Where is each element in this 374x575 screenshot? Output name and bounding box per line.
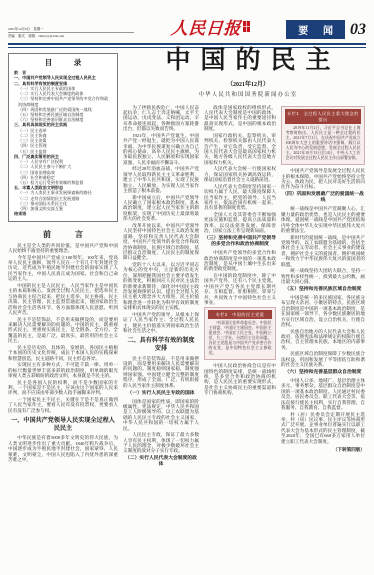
subsection-5-heading: （五）坚持和完善民族区域自治制度: [281, 287, 365, 293]
subsection-1-heading: （一）实行人民民主专政的国体: [123, 391, 199, 397]
column-4: 专栏1 全过程人民民主重大理念的提出 2019年11月2日，习近平总书记在上海考…: [281, 105, 365, 453]
body-paragraph: 中国共产党的领导，从根本上保证了人民当家作主；全过程人民民主，使民主价值落实到国…: [123, 312, 199, 334]
body-paragraph: 中国共产党领导是发展全过程人民民主的根本保障。中国共产党始终坚持立党为公、执政为…: [281, 168, 365, 190]
toc-box: 目 录 前 言 一、中国共产党领导人民实现全过程人民民主 二、具有科学有效的制度…: [8, 53, 118, 222]
toc-item: （三）坚持和完善中国共产党领导的多党合作和政治协商制度: [14, 96, 112, 106]
date-block: 2021年12月6日 星期一 责编 版式 邮箱：rmrbyw@126.com: [8, 27, 134, 39]
section-2-heading: 二、具有科学有效的制度安排: [125, 337, 197, 352]
article-date: （2021年12月）: [128, 79, 368, 88]
body-paragraph: 1921年，中国共产党诞生。中国共产党一经诞生，就把为中国人民谋幸福、为中华民族…: [123, 133, 199, 165]
section-label: 要 闻: [286, 20, 345, 39]
body-paragraph: 人民民主专政，保证了最大多数人享有民主权利，体现了一切权力属于人民的理念，对极少…: [123, 432, 199, 454]
body-paragraph: 民主是各国人民的权利，而不是少数国家的专利。一个国家是不是民主，应该由这个国家的…: [8, 380, 118, 396]
sidebar-box-2-body: 中国国民党革命委员会、中国民主同盟、中国民主建国会、中国民主促进会、中国农工民主…: [205, 321, 275, 359]
body-paragraph: 中国的民主是人民民主，人民当家作主是中国民主的本质和核心。发展全过程人民民主，把…: [8, 283, 118, 315]
body-paragraph: 今年是中国共产党成立100周年。100年来，党高举人民民主旗帜，领导人民在一个有…: [8, 255, 118, 282]
toc-title: 目 录: [14, 57, 112, 68]
masthead: 人民日报: [171, 14, 250, 39]
page-header: 2021年12月6日 星期一 责编 版式 邮箱：rmrbyw@126.com 人…: [0, 0, 374, 41]
body-paragraph: 人民代表大会制度坚持国家一切权力属于人民，最大限度保障人民当家作主，把党的领导、…: [204, 184, 276, 211]
sidebar-box-2-title: 专栏2 中国的民主党派: [208, 310, 272, 319]
body-paragraph: 中华民族是有着5000多年文明史的伟大民族，为人类文明进步作出了重大贡献。184…: [8, 435, 118, 462]
body-paragraph: 统一战线坚持大团结大联合，坚持一致性和多样性统一，找到最大公约数，画出最大同心圆…: [281, 268, 365, 284]
body-paragraph: 党的十八大以来，以习近平同志为核心的党中央，立足新的历史方位，深刻把握我国社会主…: [123, 262, 199, 311]
toc-item: 结束语: [14, 211, 112, 216]
newspaper-page: 2021年12月6日 星期一 责编 版式 邮箱：rmrbyw@126.com 人…: [0, 0, 374, 575]
body-paragraph: 统一战线是中国共产党凝聚人心、汇聚力量的政治优势，也是人民民主的重要体现。爱国统…: [281, 206, 365, 233]
body-paragraph: 中国人民政治协商会议是有中国特色的制度安排，是统一战线组织，是多党合作和政治协商…: [204, 363, 276, 395]
body-paragraph: 民主不是装饰品，不是用来做摆设的，而是要用来解决人民需要解决的问题的。制度稳则国…: [123, 356, 199, 388]
body-paragraph: 民族自治地方的人民代表大会和人民政府，依照宪法和法律规定的权限行使自治权，自主管…: [281, 329, 365, 351]
header-right: 要 闻 03: [286, 20, 366, 39]
body-paragraph: 中国共产党领导的多党合作和政治协商制度是中国的一项基本政治制度，是从中国土壤中生…: [204, 250, 276, 272]
sidebar-box-1: 专栏1 全过程人民民主重大理念的提出 2019年11月2日，习近平总书记在上海考…: [281, 106, 365, 166]
editor-line: 责编 版式 邮箱：rmrbyw@126.com: [8, 32, 134, 39]
body-paragraph: 政体是国家政权的组织形式。人民代表大会制度是中国的政体，是中国人民当家作主的重要…: [204, 105, 276, 132]
body-paragraph: 全国人大及其常委会不断加强宪法实施和监督，提高立法质量和效率，以良法促进发展、保…: [204, 212, 276, 234]
masthead-seal-icon: [243, 21, 250, 32]
preface-heading: 前 言: [8, 229, 118, 240]
body-paragraph: 国体是国家的性质，即国家的阶级属性。宪法规定，中华人民共和国是工人阶级领导的、以…: [123, 399, 199, 431]
body-paragraph: 村（居）民委员会定期开展民主选举，村（居）民议事、民主评议等协商形式广泛开展。企…: [281, 412, 365, 444]
sidebar-box-1-body: 2019年11月2日，习近平总书记在上海考察时指出，人民民主是一种全过程的民主。…: [282, 126, 364, 164]
page-number: 03: [350, 21, 366, 39]
headline-block: 中国的民主 （2021年12月） 中华人民共和国国务院新闻办公室: [128, 40, 368, 98]
body-paragraph: 新时代的爱国统一战线，是中国共产党领导的、以工农联盟为基础的，包括全体社会主义劳…: [281, 235, 365, 267]
body-paragraph: 民主是历史的、具体的、发展的。各国民主植根于本国的历史文化传统，成长于本国人民的…: [8, 345, 118, 361]
body-paragraph: 民族区域自治制度保障了少数民族合法权益，巩固和发展了平等团结互助和谐的社会主义民…: [281, 351, 365, 367]
body-columns: 目 录 前 言 一、中国共产党领导人民实现全过程人民民主 二、具有科学有效的制度…: [0, 52, 374, 471]
body-paragraph: 实现民主有多种方式，不可能千篇一律。用单一的标尺衡量世界丰富多彩的政治制度，用单…: [8, 362, 118, 378]
article-title: 中国的民主: [128, 40, 368, 76]
continuation-note: （下转第四版）: [281, 447, 365, 453]
body-paragraph: 为了拯救民族危亡，中国人民奋起抗争，仁人志士奔走呐喊，太平天国运动、戊戌变法、义…: [123, 105, 199, 132]
column-2: 为了拯救民族危亡，中国人民奋起抗争，仁人志士奔走呐喊，太平天国运动、戊戌变法、义…: [123, 105, 199, 471]
section-1-heading: 一、中国共产党领导人民实现全过程人民民主: [10, 417, 116, 432]
article-byline: 中华人民共和国国务院新闻办公室: [128, 90, 368, 98]
column-3: 政体是国家政权的组织形式。人民代表大会制度是中国的政体，是中国人民当家作主的重要…: [204, 105, 276, 397]
sidebar-box-1-title: 专栏1 全过程人民民主重大理念的提出: [285, 109, 361, 124]
body-paragraph: 在中国的政党制度中，除了中国共产党外，还有八个民主党派。中国共产党与各民主党派长…: [204, 273, 276, 305]
body-paragraph: 民主是全人类的共同价值，是中国共产党和中国人民始终不渝坚持的重要理念。: [8, 243, 118, 254]
body-paragraph: 一个国家民主不民主，关键在于是不是真正做到了人民当家作主，要看人民有没有投票权，…: [8, 397, 118, 413]
subsection-4-heading: （四）巩固和发展最广泛的爱国统一战线: [281, 192, 365, 204]
subsection-2-heading: （二）实行人民代表大会制度的政体: [123, 456, 199, 468]
body-paragraph: 经过28年浴血奋战，中国共产党领导人民取得新民主主义革命胜利，建立了中华人民共和…: [123, 166, 199, 193]
body-paragraph: 民主不是装饰品，不是用来做摆设的，而是要用来解决人民需要解决的问题的。中国的民主…: [8, 317, 118, 344]
column-1: 目 录 前 言 一、中国共产党领导人民实现全过程人民民主 二、具有科学有效的制度…: [8, 52, 118, 464]
body-paragraph: 中国人口多、地域广，基层治理主体多元、事务繁杂。基层群众自治制度是中国的一项基本…: [281, 378, 365, 410]
subsection-3-heading: （三）坚持和完善中国共产党领导的多党合作和政治协商制度: [204, 236, 276, 248]
body-paragraph: 中国是统一的多民族国家，各民族分布呈现大杂居、小聚居的特点。民族区域自治制度是中…: [281, 295, 365, 327]
subsection-6-heading: （六）坚持和完善基层群众自治制度: [281, 370, 365, 376]
body-paragraph: 新中国成立后，中国共产党领导人民确立了国家根本政治制度、基本政治制度，建立起人民…: [123, 195, 199, 222]
body-paragraph: 改革开放以来，中国共产党领导人民坚持中国特色社会主义政治发展道路，坚持和完善人民…: [123, 223, 199, 261]
sidebar-box-2: 专栏2 中国的民主党派 中国国民党革命委员会、中国民主同盟、中国民主建国会、中国…: [204, 307, 276, 361]
masthead-title: 人民日报: [170, 14, 242, 39]
body-paragraph: 人民代表大会统一行使国家权力，保证国家机关协调高效运转，保证国家沿着社会主义道路…: [204, 166, 276, 182]
body-paragraph: 国家行政机关、监察机关、审判机关、检察机关都由人民代表大会产生，对它负责，受它监…: [204, 133, 276, 165]
